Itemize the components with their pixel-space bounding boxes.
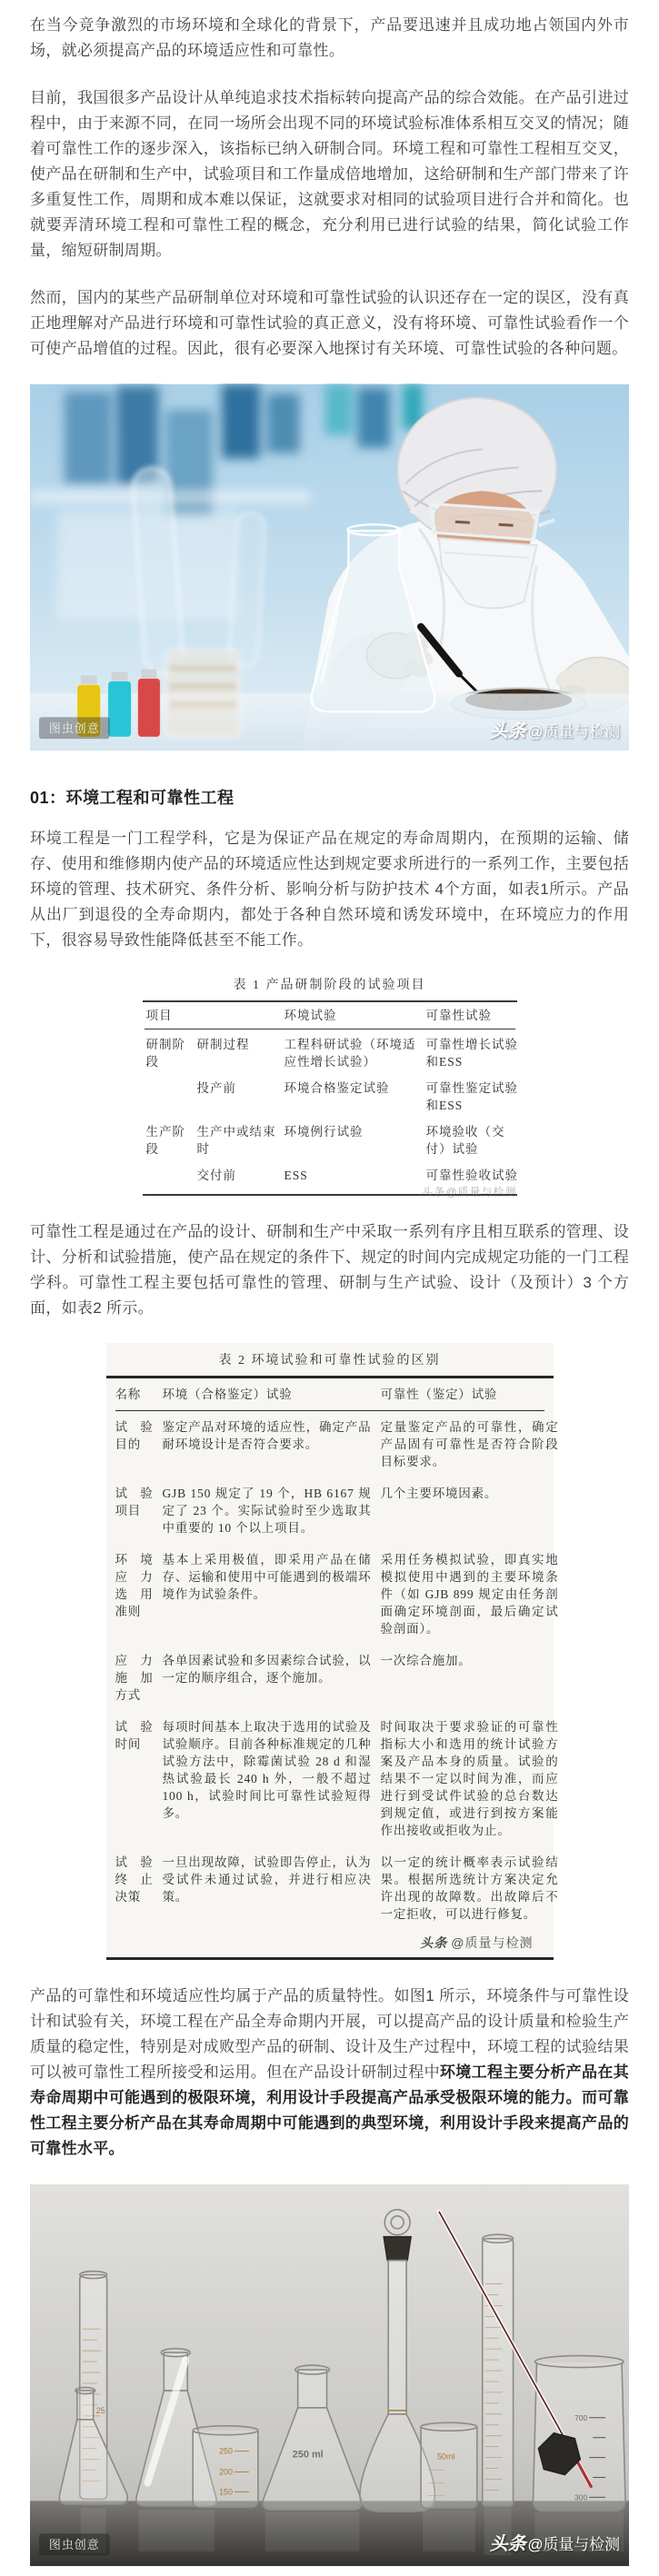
table1-cell-env: 环境合格鉴定试验 [283, 1075, 423, 1119]
table2-cell-rel: 一次综合施加。 [381, 1646, 559, 1709]
lab-photo: 图虫创意 头条 @质量与检测 [30, 383, 629, 751]
table2-cell-rel: 定量鉴定产品的可靠性，确定产品固有可靠性是否符合阶段目标要求。 [381, 1413, 559, 1476]
table2-cell-label: 试验项目 [115, 1479, 154, 1542]
scale-label: 25 [96, 2406, 105, 2415]
table2-header-row: 名称 环境（合格鉴定）试验 可靠性（鉴定）试验 [115, 1378, 544, 1411]
table1-watermark: 头条@质量与检测 [422, 1184, 516, 1199]
toutiao-handle-text: @质量与检测 [527, 723, 620, 741]
table1-cell-phase: 研制过程 [195, 1031, 281, 1075]
toutiao-handle-text: @质量与检测 [451, 1935, 533, 1950]
toutiao-watermark: 头条 @质量与检测 [490, 2533, 620, 2554]
table2-row: 应力施加方式 各单因素试验和多因素综合试验，以一定的顺序组合，逐个施加。 一次综… [115, 1646, 544, 1709]
table2-cell-rel: 时间取决于要求验证的可靠性指标大小和选用的统计试验方案及产品本身的质量。试验的结… [381, 1713, 559, 1845]
toutiao-brand-text: 头条 [420, 1935, 447, 1950]
table1-cell-env: 环境例行试验 [283, 1119, 423, 1162]
scale-label: 200 [219, 2468, 233, 2477]
table2-cell-label: 试验终止决策 [115, 1848, 154, 1928]
beaker-50ml: 50ml [421, 2422, 477, 2508]
table1-cell-rel: 可靠性增长试验和ESS [424, 1031, 521, 1075]
table1-cell-stage: 研制阶段 [145, 1031, 194, 1075]
table1-cell-rel: 可靠性鉴定试验和ESS [424, 1075, 521, 1119]
stock-credit-text: 图虫创意 [49, 2538, 100, 2551]
article-page: 在当今竞争激烈的市场环境和全球化的背景下，产品要迅速并且成功地占领国内外市场，就… [0, 0, 659, 2576]
paragraph-intro-1: 在当今竞争激烈的市场环境和全球化的背景下，产品要迅速并且成功地占领国内外市场，就… [30, 13, 629, 64]
table2-row: 试验目的 鉴定产品对环境的适应性，确定产品耐环境设计是否符合要求。 定量鉴定产品… [115, 1413, 544, 1476]
table2-figure: 表 2 环境试验和可靠性试验的区别 名称 环境（合格鉴定）试验 可靠性（鉴定）试… [106, 1343, 554, 1960]
beaker-250: 250 200 150 [193, 2426, 258, 2508]
table1-cell-phase: 投产前 [195, 1075, 281, 1119]
table2-cell-env: 各单因素试验和多因素综合试验，以一定的顺序组合，逐个施加。 [163, 1646, 372, 1709]
table1-row: 生产阶段 生产中或结束时 环境例行试验 环境验收（交付）试验 [145, 1119, 515, 1162]
flask-volume-label: 50ml [437, 2452, 454, 2462]
table2-cell-rel: 采用任务模拟试验，即真实地模拟使用中遇到的主要环境条件（如 GJB 899 规定… [381, 1546, 559, 1643]
scale-label: 700 [574, 2413, 587, 2422]
paragraph-env-engineering: 环境工程是一门工程学科，它是为保证产品在规定的寿命周期内，在预期的运输、储存、使… [30, 826, 629, 953]
table2-row: 试验时间 每项时间基本上取决于选用的试验及试验顺序。目前各种标准规定的几种试验方… [115, 1713, 544, 1845]
scale-label: 250 [219, 2447, 233, 2456]
table1-title: 表 1 产品研制阶段的试验项目 [143, 975, 517, 993]
table2-cell-rel: 几个主要环境因素。 [381, 1479, 559, 1542]
toutiao-handle-text: @质量与检测 [527, 2536, 620, 2553]
toutiao-brand-text: 头条 [490, 2533, 528, 2554]
table1-figure: 表 1 产品研制阶段的试验项目 项目 环境试验 可靠性试验 研制阶段 研制过程 … [143, 975, 517, 1196]
table2: 名称 环境（合格鉴定）试验 可靠性（鉴定）试验 试验目的 鉴定产品对环境的适应性… [106, 1376, 554, 1960]
stock-credit-badge: 图虫创意 [39, 2533, 110, 2555]
table1-header-item: 项目 [145, 1002, 281, 1029]
scale-label: 150 [219, 2487, 233, 2496]
table2-cell-label: 应力施加方式 [115, 1646, 154, 1709]
table1-row: 投产前 环境合格鉴定试验 可靠性鉴定试验和ESS [145, 1075, 515, 1119]
table1-row: 研制阶段 研制过程 工程科研试验（环境适应性增长试验） 可靠性增长试验和ESS [145, 1031, 515, 1075]
stock-credit-text: 图虫创意 [49, 721, 100, 735]
table2-cell-env: 鉴定产品对环境的适应性，确定产品耐环境设计是否符合要求。 [163, 1413, 372, 1476]
table1-cell-env: 工程科研试验（环境适应性增长试验） [283, 1031, 423, 1075]
table1: 项目 环境试验 可靠性试验 研制阶段 研制过程 工程科研试验（环境适应性增长试验… [143, 1000, 517, 1196]
table2-cell-label: 环境应力选用准则 [115, 1546, 154, 1643]
table2-row: 试验项目 GJB 150 规定了 19 个，HB 6167 规定了 23 个。实… [115, 1479, 544, 1542]
table1-header-row: 项目 环境试验 可靠性试验 [145, 1002, 515, 1029]
table2-cell-env: GJB 150 规定了 19 个，HB 6167 规定了 23 个。实际试验时至… [163, 1479, 372, 1542]
beaker-large: 700 300 [533, 2356, 625, 2511]
toutiao-watermark: 头条 @质量与检测 [490, 721, 620, 741]
paragraph-intro-2: 目前，我国很多产品设计从单纯追求技术指标转向提高产品的综合效能。在产品引进过程中… [30, 85, 629, 264]
table1-header-rel: 可靠性试验 [424, 1002, 521, 1029]
table2-header-name: 名称 [115, 1378, 154, 1410]
table2-watermark: 头条@质量与检测 [115, 1932, 544, 1957]
table2-cell-env: 基本上采用极值，即采用产品在储存、运输和使用中可能遇到的极端环境作为试验条件。 [163, 1546, 372, 1643]
paragraph-conclusion: 产品的可靠性和环境适应性均属于产品的质量特性。如图1 所示，环境条件与可靠性设计… [30, 1984, 629, 2162]
scale-label: 300 [574, 2492, 587, 2501]
table1-cell-stage [145, 1162, 194, 1189]
table1-cell-phase: 交付前 [195, 1162, 281, 1189]
table1-cell-stage [145, 1075, 194, 1119]
paragraph-intro-3: 然而，国内的某些产品研制单位对环境和可靠性试验的认识还存在一定的误区，没有真正地… [30, 285, 629, 362]
table1-cell-rel: 环境验收（交付）试验 [424, 1119, 521, 1162]
table1-cell-env: ESS [283, 1162, 423, 1189]
section-heading: 01：环境工程和可靠性工程 [30, 786, 629, 810]
lab-photo-illustration: 图虫创意 头条 @质量与检测 [30, 383, 629, 751]
stock-credit-badge: 图虫创意 [39, 717, 110, 739]
table2-cell-label: 试验目的 [115, 1413, 154, 1476]
table2-cell-env: 一旦出现故障，试验即告停止，认为受试件未通过试验，并进行相应决策。 [163, 1848, 372, 1928]
flask-volume-label: 250 ml [293, 2450, 324, 2461]
table2-header-rel: 可靠性（鉴定）试验 [381, 1378, 559, 1410]
glassware-photo-illustration: 25 [30, 2183, 629, 2567]
toutiao-brand-text: 头条 [490, 721, 528, 741]
table1-cell-stage: 生产阶段 [145, 1119, 194, 1162]
table1-header-env: 环境试验 [283, 1002, 423, 1029]
table2-row: 试验终止决策 一旦出现故障，试验即告停止，认为受试件未通过试验，并进行相应决策。… [115, 1848, 544, 1928]
table2-title: 表 2 环境试验和可靠性试验的区别 [106, 1350, 554, 1368]
table2-cell-rel: 以一定的统计概率表示试验结果。根据所选统计方案决定允许出现的故障数。出故障后不一… [381, 1848, 559, 1928]
table2-row: 环境应力选用准则 基本上采用极值，即采用产品在储存、运输和使用中可能遇到的极端环… [115, 1546, 544, 1643]
table2-header-env: 环境（合格鉴定）试验 [163, 1378, 372, 1410]
glassware-photo: 25 [30, 2183, 629, 2567]
paragraph-reliability-engineering: 可靠性工程是通过在产品的设计、研制和生产中采取一系列有序且相互联系的管理、设计、… [30, 1219, 629, 1321]
table1-cell-phase: 生产中或结束时 [195, 1119, 281, 1162]
graduated-cylinder-tall [483, 2234, 514, 2506]
table2-cell-label: 试验时间 [115, 1713, 154, 1845]
table2-cell-env: 每项时间基本上取决于选用的试验及试验顺序。目前各种标准规定的几种试验方法中，除霉… [163, 1713, 372, 1845]
